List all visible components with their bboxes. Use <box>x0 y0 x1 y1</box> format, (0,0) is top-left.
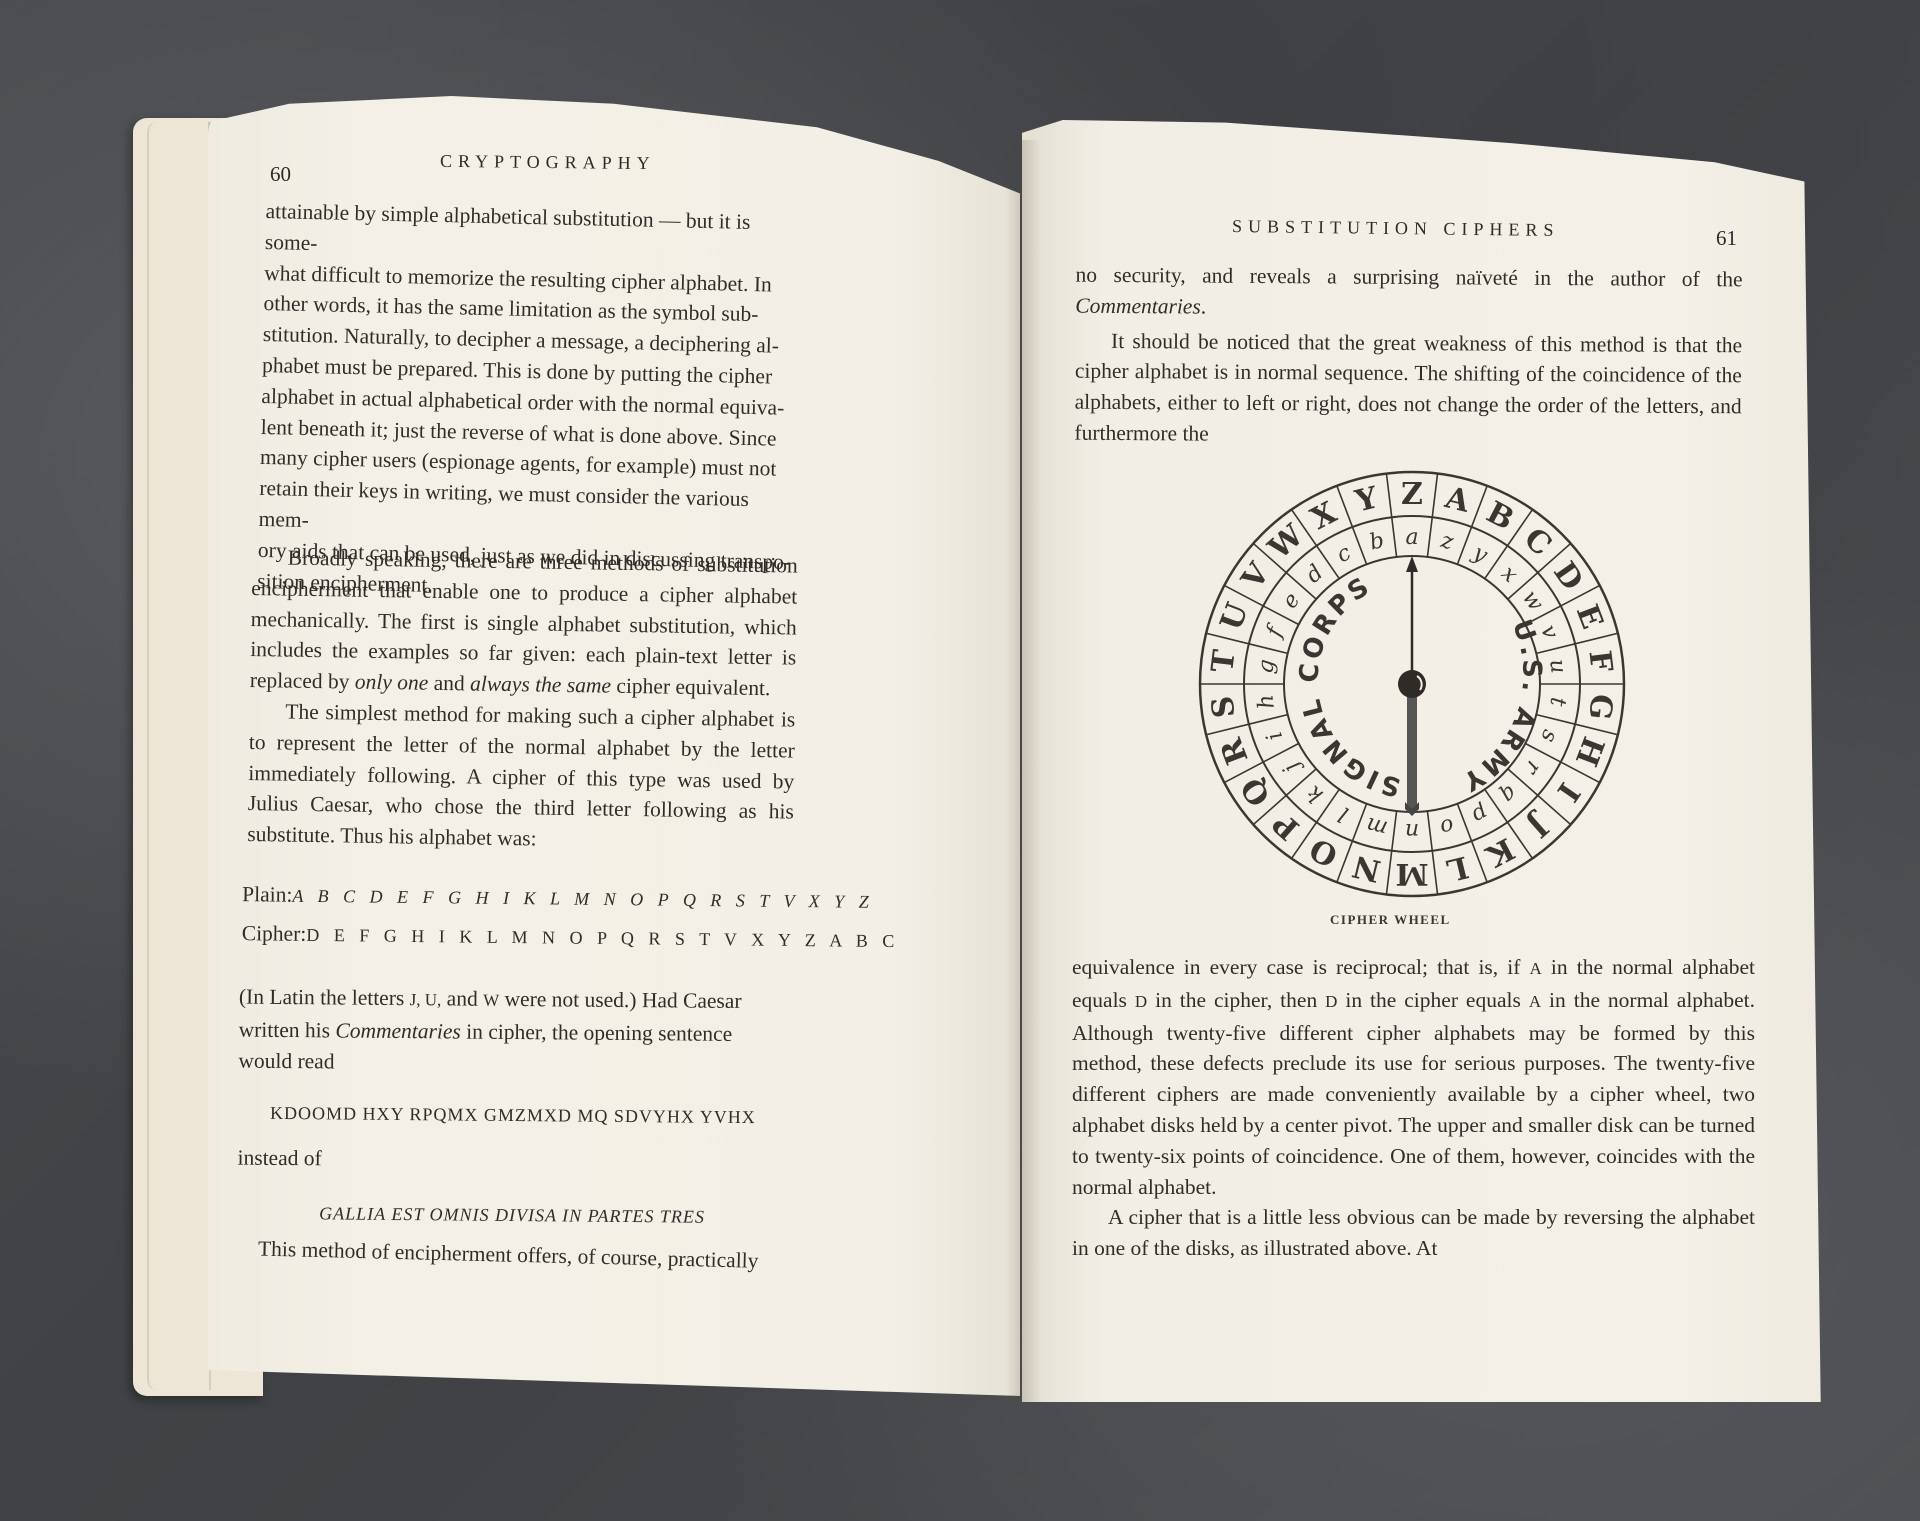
inner-letter: s <box>1535 726 1562 745</box>
outer-letter: W <box>1261 517 1311 567</box>
outer-letter: N <box>1349 848 1384 889</box>
book-gutter <box>1006 140 1042 1402</box>
figure-caption: CIPHER WHEEL <box>1330 912 1451 928</box>
inner-letter: k <box>1302 780 1329 808</box>
inner-letter: c <box>1333 540 1356 568</box>
left-paragraph-3: The simplest method for making such a ci… <box>247 696 795 859</box>
left-text-middle: Broadly speaking, there are three method… <box>247 542 798 859</box>
caesar-alphabet-table: Plain: A B C D E F G H I K L M N O P Q R… <box>242 879 783 955</box>
cipher-wheel: ZABCDEFGHIJKLMNOPQRSTUVWXY azyxwvutsrqpo… <box>1200 472 1624 896</box>
outer-letter: G <box>1581 692 1619 722</box>
inner-letter: m <box>1364 812 1390 841</box>
outer-letter: U <box>1214 598 1256 635</box>
outer-letter: J <box>1521 806 1557 844</box>
inner-letter: p <box>1468 799 1492 828</box>
left-page-number: 60 <box>270 162 291 187</box>
inner-letter: r <box>1518 756 1545 780</box>
outer-letter: E <box>1569 600 1610 634</box>
outer-letter: O <box>1304 830 1343 873</box>
left-paragraph-4: (In Latin the letters J, U, and W were n… <box>238 982 789 1081</box>
caesar-ciphertext: KDOOMD HXY RPQMX GMZMXD MQ SDVYHX YVHX <box>238 1098 788 1134</box>
inner-letter: g <box>1253 658 1280 675</box>
right-text-top: no security, and reveals a surprising na… <box>1074 260 1742 453</box>
latin-plaintext: GALLIA EST OMNIS DIVISA IN PARTES TRES <box>237 1198 787 1234</box>
inner-letter: b <box>1367 528 1387 556</box>
outer-letter: P <box>1266 805 1306 846</box>
outer-letter: L <box>1443 848 1472 887</box>
inner-letter: y <box>1468 540 1492 569</box>
inner-letter: l <box>1335 801 1353 826</box>
plain-label: Plain: <box>242 879 292 910</box>
left-running-head: CRYPTOGRAPHY <box>440 151 656 174</box>
outer-letter: S <box>1205 694 1242 720</box>
instead-of-text: instead of <box>237 1143 787 1179</box>
outer-letter: B <box>1481 495 1520 538</box>
right-paragraph-2: It should be noticed that the great weak… <box>1074 325 1742 453</box>
open-book: 60 CRYPTOGRAPHY attainable by simple alp… <box>0 0 1920 1521</box>
inner-letter: u <box>1544 658 1571 675</box>
outer-letter: Z <box>1401 477 1423 512</box>
plain-row: Plain: A B C D E F G H I K L M N O P Q R… <box>242 879 782 916</box>
outer-letter: A <box>1441 480 1474 520</box>
right-text-bottom: equivalence in every case is reciprocal;… <box>1072 952 1755 1264</box>
cipher-wheel-figure: ZABCDEFGHIJKLMNOPQRSTUVWXY azyxwvutsrqpo… <box>1190 448 1630 928</box>
inner-letter: e <box>1277 588 1305 613</box>
inner-letter: o <box>1438 813 1457 840</box>
cipher-row: Cipher: D E F G H I K L M N O P Q R S T … <box>242 918 782 955</box>
cipher-letters: D E F G H I K L M N O P Q R S T V X Y Z … <box>306 920 899 957</box>
outer-letter: H <box>1568 732 1611 771</box>
outer-letter: I <box>1550 776 1587 807</box>
cipher-label: Cipher: <box>242 918 307 949</box>
inner-letter: d <box>1301 560 1328 588</box>
inner-letter: x <box>1496 561 1522 588</box>
outer-letter: R <box>1214 732 1256 769</box>
inner-letter: f <box>1261 620 1289 642</box>
inner-letter: z <box>1437 528 1456 555</box>
outer-letter: V <box>1234 556 1277 596</box>
inner-letter: t <box>1544 696 1570 708</box>
inner-letter: a <box>1405 525 1418 550</box>
outer-letter: K <box>1480 830 1520 874</box>
outer-letter: X <box>1305 495 1343 537</box>
right-running-head: SUBSTITUTION CIPHERS <box>1232 216 1560 241</box>
right-paragraph-4: A cipher that is a little less obvious c… <box>1072 1202 1755 1264</box>
right-page-number: 61 <box>1716 226 1737 251</box>
left-paragraph-2: Broadly speaking, there are three method… <box>250 542 798 705</box>
inner-letter: n <box>1405 818 1419 843</box>
right-paragraph-1: no security, and reveals a surprising na… <box>1075 260 1742 326</box>
outer-letter: F <box>1581 648 1618 673</box>
outer-letter: Y <box>1351 480 1382 519</box>
plain-letters: A B C D E F G H I K L M N O P Q R S T V … <box>292 881 874 918</box>
inner-letter: w <box>1517 586 1548 616</box>
right-paragraph-3: equivalence in every case is reciprocal;… <box>1072 952 1755 1202</box>
outer-letter: M <box>1395 856 1428 891</box>
inner-letter: q <box>1496 780 1523 808</box>
outer-letter: T <box>1205 647 1243 674</box>
inner-letter: i <box>1262 728 1288 743</box>
inner-letter: h <box>1253 693 1280 710</box>
inner-letter: j <box>1279 757 1306 781</box>
left-text-lower: (In Latin the letters J, U, and W were n… <box>237 982 789 1234</box>
